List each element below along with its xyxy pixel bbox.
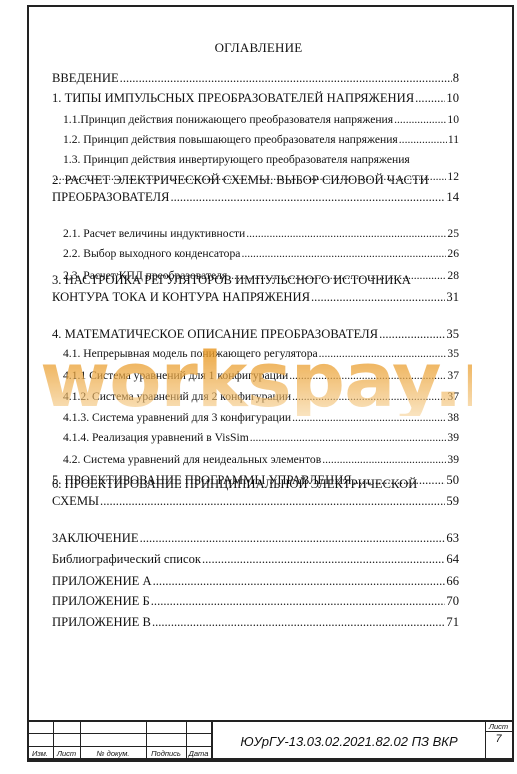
toc-entry-label: ВВЕДЕНИЕ	[52, 70, 119, 86]
toc-entry[interactable]: 4.1.2. Система уравнений для 2 конфигура…	[63, 389, 459, 405]
toc-entry-page: 64	[446, 551, 459, 567]
toc-entry-label: 2.1. Расчет величины индуктивности	[63, 226, 245, 242]
leader-dots	[415, 90, 445, 106]
toc-entry-page: 10	[446, 90, 459, 106]
toc-entry-label: 4.1.3. Система уравнений для 3 конфигура…	[63, 410, 291, 426]
toc-entry-label: 4.1.2. Система уравнений для 2 конфигура…	[63, 389, 291, 405]
toc-entry-label: 4.1. Непрерывная модель понижающего регу…	[63, 346, 318, 362]
toc-title: ОГЛАВЛЕНИЕ	[0, 40, 517, 56]
toc-entry[interactable]: 4.1. Непрерывная модель понижающего регу…	[63, 346, 459, 362]
toc-entry[interactable]: 6. ПРОЕКТИРОВАНИЕ ПРИНЦИПИАЛЬНОЙ ЭЛЕКТРИ…	[52, 476, 459, 492]
leader-dots	[120, 70, 452, 86]
toc-entry[interactable]: 3. НАСТРОЙКА РЕГУЛЯТОРОВ ИМПУЛЬСНОГО ИСТ…	[52, 272, 459, 288]
toc-entry[interactable]: 1. ТИПЫ ИМПУЛЬСНЫХ ПРЕОБРАЗОВАТЕЛЕЙ НАПР…	[52, 90, 459, 106]
toc-entry-page: 25	[447, 226, 459, 242]
leader-dots	[379, 326, 445, 342]
sheet-number: 7	[485, 733, 512, 745]
toc-entry-label: 4.2. Система уравнений для неидеальных э…	[63, 452, 321, 468]
toc-entry[interactable]: 1.2. Принцип действия повышающего преобр…	[63, 132, 459, 148]
leader-dots	[246, 226, 446, 242]
toc-entry-page: 31	[446, 289, 459, 305]
toc-entry[interactable]: 1.1.Принцип действия понижающего преобра…	[63, 112, 459, 128]
leader-dots	[151, 593, 446, 609]
toc-entry-page: 70	[446, 593, 459, 609]
leader-dots	[170, 189, 445, 205]
toc-entry-page: 10	[447, 112, 459, 128]
toc-entry[interactable]: ЗАКЛЮЧЕНИЕ63	[52, 530, 459, 546]
toc-entry-label: 1. ТИПЫ ИМПУЛЬСНЫХ ПРЕОБРАЗОВАТЕЛЕЙ НАПР…	[52, 90, 414, 106]
toc-entry-label-line2: СХЕМЫ	[52, 493, 99, 509]
toc-entry-page: 26	[447, 246, 459, 262]
toc-entry-continuation[interactable]: ПРЕОБРАЗОВАТЕЛЯ14	[52, 189, 459, 205]
toc-entry-label: Библиографический список	[52, 551, 201, 567]
title-block: Изм. Лист № докум. Подпись Дата ЮУрГУ-13…	[27, 720, 512, 760]
col-signature: Подпись	[146, 749, 186, 759]
toc-entry-label: 2.2. Выбор выходного конденсатора	[63, 246, 240, 262]
toc-entry[interactable]: 1.3. Принцип действия инвертирующего пре…	[63, 152, 459, 168]
toc-entry-page: 39	[447, 452, 459, 468]
toc-entry-label: 4. МАТЕМАТИЧЕСКОЕ ОПИСАНИЕ ПРЕОБРАЗОВАТЕ…	[52, 326, 378, 342]
toc-entry-page: 66	[446, 573, 459, 589]
leader-dots	[152, 614, 445, 630]
leader-dots	[153, 573, 446, 589]
col-date: Дата	[186, 749, 211, 759]
toc-entry-page: 35	[447, 346, 459, 362]
toc-entry[interactable]: ПРИЛОЖЕНИЕ А66	[52, 573, 459, 589]
document-designation: ЮУрГУ-13.03.02.2021.82.02 ПЗ ВКР	[213, 727, 485, 757]
toc-entry-page: 35	[446, 326, 459, 342]
toc-entry-page: 63	[446, 530, 459, 546]
toc-entry-label: ПРИЛОЖЕНИЕ А	[52, 573, 152, 589]
toc-entry-label: ЗАКЛЮЧЕНИЕ	[52, 530, 139, 546]
toc-entry[interactable]: Библиографический список64	[52, 551, 459, 567]
toc-entry-label: 1.1.Принцип действия понижающего преобра…	[63, 112, 393, 128]
toc-entry-continuation[interactable]: СХЕМЫ59	[52, 493, 459, 509]
toc-entry-page: 11	[448, 132, 459, 148]
toc-entry-label: ПРИЛОЖЕНИЕ В	[52, 614, 151, 630]
toc-entry[interactable]: ПРИЛОЖЕНИЕ Б70	[52, 593, 459, 609]
toc-entry-label: 4.1.1 Система уравнений для 1 конфигурац…	[63, 368, 288, 384]
leader-dots	[394, 112, 446, 128]
toc-entry-page: 38	[447, 410, 459, 426]
toc-entry-label-line2: КОНТУРА ТОКА И КОНТУРА НАПРЯЖЕНИЯ	[52, 289, 310, 305]
leader-dots	[322, 452, 446, 468]
toc-entry-label-line2: ПРЕОБРАЗОВАТЕЛЯ	[52, 189, 169, 205]
toc-entry[interactable]: 2. РАСЧЕТ ЭЛЕКТРИЧЕСКОЙ СХЕМЫ. ВЫБОР СИЛ…	[52, 172, 459, 188]
toc-entry-page: 8	[453, 70, 459, 86]
toc-entry-label: ПРИЛОЖЕНИЕ Б	[52, 593, 150, 609]
leader-dots	[289, 368, 446, 384]
toc-entry[interactable]: 2.1. Расчет величины индуктивности25	[63, 226, 459, 242]
toc-entry-label: 1.3. Принцип действия инвертирующего пре…	[63, 152, 410, 168]
toc-entry[interactable]: 4. МАТЕМАТИЧЕСКОЕ ОПИСАНИЕ ПРЕОБРАЗОВАТЕ…	[52, 326, 459, 342]
leader-dots	[241, 246, 446, 262]
toc-entry-page: 39	[447, 430, 459, 446]
toc-entry-label: 4.1.4. Реализация уравнений в VisSim	[63, 430, 249, 446]
toc-entry-page: 14	[446, 189, 459, 205]
col-izm: Изм.	[27, 749, 53, 759]
toc-entry-label: 1.2. Принцип действия повышающего преобр…	[63, 132, 398, 148]
leader-dots	[399, 132, 447, 148]
toc-entry[interactable]: 4.2. Система уравнений для неидеальных э…	[63, 452, 459, 468]
leader-dots	[292, 410, 446, 426]
toc-entry-page: 59	[446, 493, 459, 509]
toc-entry[interactable]: 4.1.1 Система уравнений для 1 конфигурац…	[63, 368, 459, 384]
toc-entry[interactable]: 4.1.4. Реализация уравнений в VisSim39	[63, 430, 459, 446]
sheet-label: Лист	[485, 722, 512, 731]
toc-entry-page: 37	[447, 368, 459, 384]
toc-entry-page: 71	[446, 614, 459, 630]
toc-entry[interactable]: ВВЕДЕНИЕ8	[52, 70, 459, 86]
leader-dots	[140, 530, 446, 546]
toc-entry-label: 2. РАСЧЕТ ЭЛЕКТРИЧЕСКОЙ СХЕМЫ. ВЫБОР СИЛ…	[52, 172, 429, 188]
toc-entry[interactable]: ПРИЛОЖЕНИЕ В71	[52, 614, 459, 630]
col-list: Лист	[53, 749, 80, 759]
leader-dots	[202, 551, 445, 567]
leader-dots	[292, 389, 446, 405]
leader-dots	[250, 430, 447, 446]
leader-dots	[319, 346, 447, 362]
leader-dots	[311, 289, 445, 305]
toc-entry-label: 6. ПРОЕКТИРОВАНИЕ ПРИНЦИПИАЛЬНОЙ ЭЛЕКТРИ…	[52, 476, 417, 492]
toc-entry-page: 37	[447, 389, 459, 405]
toc-entry-continuation[interactable]: КОНТУРА ТОКА И КОНТУРА НАПРЯЖЕНИЯ31	[52, 289, 459, 305]
leader-dots	[100, 493, 445, 509]
toc-entry[interactable]: 2.2. Выбор выходного конденсатора26	[63, 246, 459, 262]
toc-entry-label: 3. НАСТРОЙКА РЕГУЛЯТОРОВ ИМПУЛЬСНОГО ИСТ…	[52, 272, 411, 288]
col-doc-no: № докум.	[80, 749, 146, 759]
toc-entry[interactable]: 4.1.3. Система уравнений для 3 конфигура…	[63, 410, 459, 426]
